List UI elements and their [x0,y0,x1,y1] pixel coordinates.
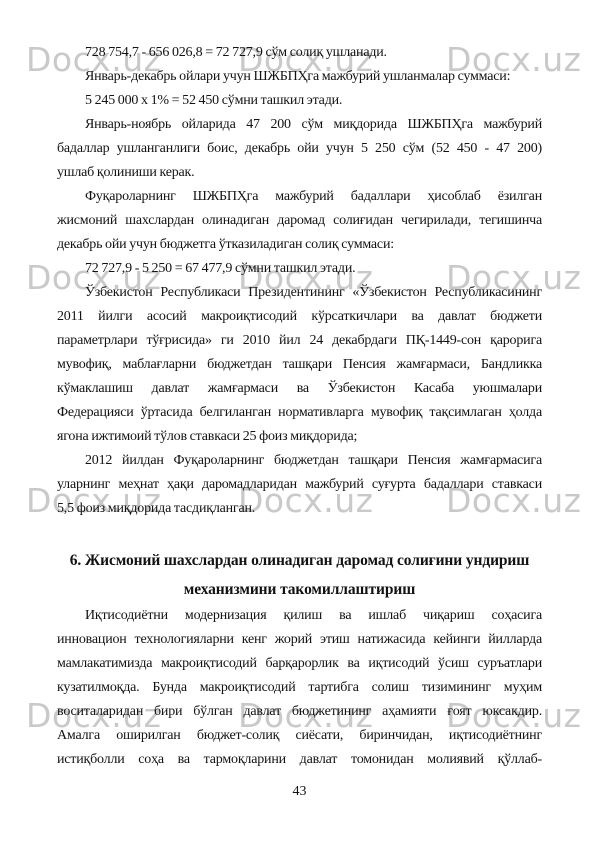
paragraph: Фуқароларнинг ШЖБПҲга мажбурий бадаллари… [57,185,542,257]
document-page: Docx.uzDocx.uzDocx.uzDocx.uzDocx.uzDocx.… [0,0,595,842]
text-line: бадаллар ушланганлиги боис, декабрь ойи … [57,137,542,161]
heading-line: механизмини такомиллаштириш [57,575,542,604]
section-heading: 6. Жисмоний шахслардан олинадиган дарома… [57,546,542,604]
text-line: 2012 йилдан Фуқароларнинг бюджетдан ташқ… [57,449,542,473]
text-line: параметрлари тўғрисида» ги 2010 йил 24 д… [57,329,542,353]
paragraph: Январь-ноябрь ойларида 47 200 сўм миқдор… [57,113,542,185]
text-line: Фуқароларнинг ШЖБПҲга мажбурий бадаллари… [57,185,542,209]
text-line: 72 727,9 - 5 250 = 67 477,9 сўмни ташкил… [57,257,542,281]
text-line: 2011 йилги асосий макроиқтисодий кўрсатк… [57,305,542,329]
paragraph: 72 727,9 - 5 250 = 67 477,9 сўмни ташкил… [57,257,542,281]
document-body: 728 754,7 - 656 026,8 = 72 727,9 сўм сол… [57,41,542,772]
text-line: Ўзбекистон Республикаси Президентининг «… [57,281,542,305]
text-line: 728 754,7 - 656 026,8 = 72 727,9 сўм сол… [57,41,542,65]
text-line: 5,5 фоиз миқдорида тасдиқланган. [57,497,542,521]
text-line: Январь-ноябрь ойларида 47 200 сўм миқдор… [57,113,542,137]
text-line: Иқтисодиётни модернизация қилиш ва ишлаб… [57,604,542,628]
paragraph: Ўзбекистон Республикаси Президентининг «… [57,281,542,449]
paragraph: 2012 йилдан Фуқароларнинг бюджетдан ташқ… [57,449,542,521]
text-line: ушлаб қолиниши керак. [57,161,542,185]
paragraph: Иқтисодиётни модернизация қилиш ва ишлаб… [57,604,542,772]
text-line: уларнинг меҳнат ҳақи даромадларидан мажб… [57,473,542,497]
text-line: жисмоний шахслардан олинадиган даромад с… [57,209,542,233]
text-line: мамлакатимизда макроиқтисодий барқарорли… [57,652,542,676]
text-line: Амалга оширилган бюджет-солиқ сиёсати, б… [57,724,542,748]
text-line: Федерацияси ўртасида белгиланган нормати… [57,401,542,425]
text-line: инновацион технологияларни кенг жорий эт… [57,628,542,652]
paragraph: 728 754,7 - 656 026,8 = 72 727,9 сўм сол… [57,41,542,113]
text-line: ягона ижтимоий тўлов ставкаси 25 фоиз ми… [57,425,542,449]
text-line: кўмаклашиш давлат жамғармаси ва Ўзбекист… [57,377,542,401]
text-line: истиқболли соҳа ва тармоқларини давлат т… [57,748,542,772]
heading-line: 6. Жисмоний шахслардан олинадиган дарома… [57,546,542,575]
text-line: 5 245 000 х 1% = 52 450 сўмни ташкил эта… [57,89,542,113]
text-line: воситаларидан бири бўлган давлат бюджети… [57,700,542,724]
text-line: мувофиқ, маблағларни бюджетдан ташқари П… [57,353,542,377]
text-line: Январь-декабрь ойлари учун ШЖБПҲга мажбу… [57,65,542,89]
text-line: кузатилмоқда. Бунда макроиқтисодий тарти… [57,676,542,700]
text-line: декабрь ойи учун бюджетга ўтказиладиган … [57,233,542,257]
page-number: 43 [57,784,542,800]
